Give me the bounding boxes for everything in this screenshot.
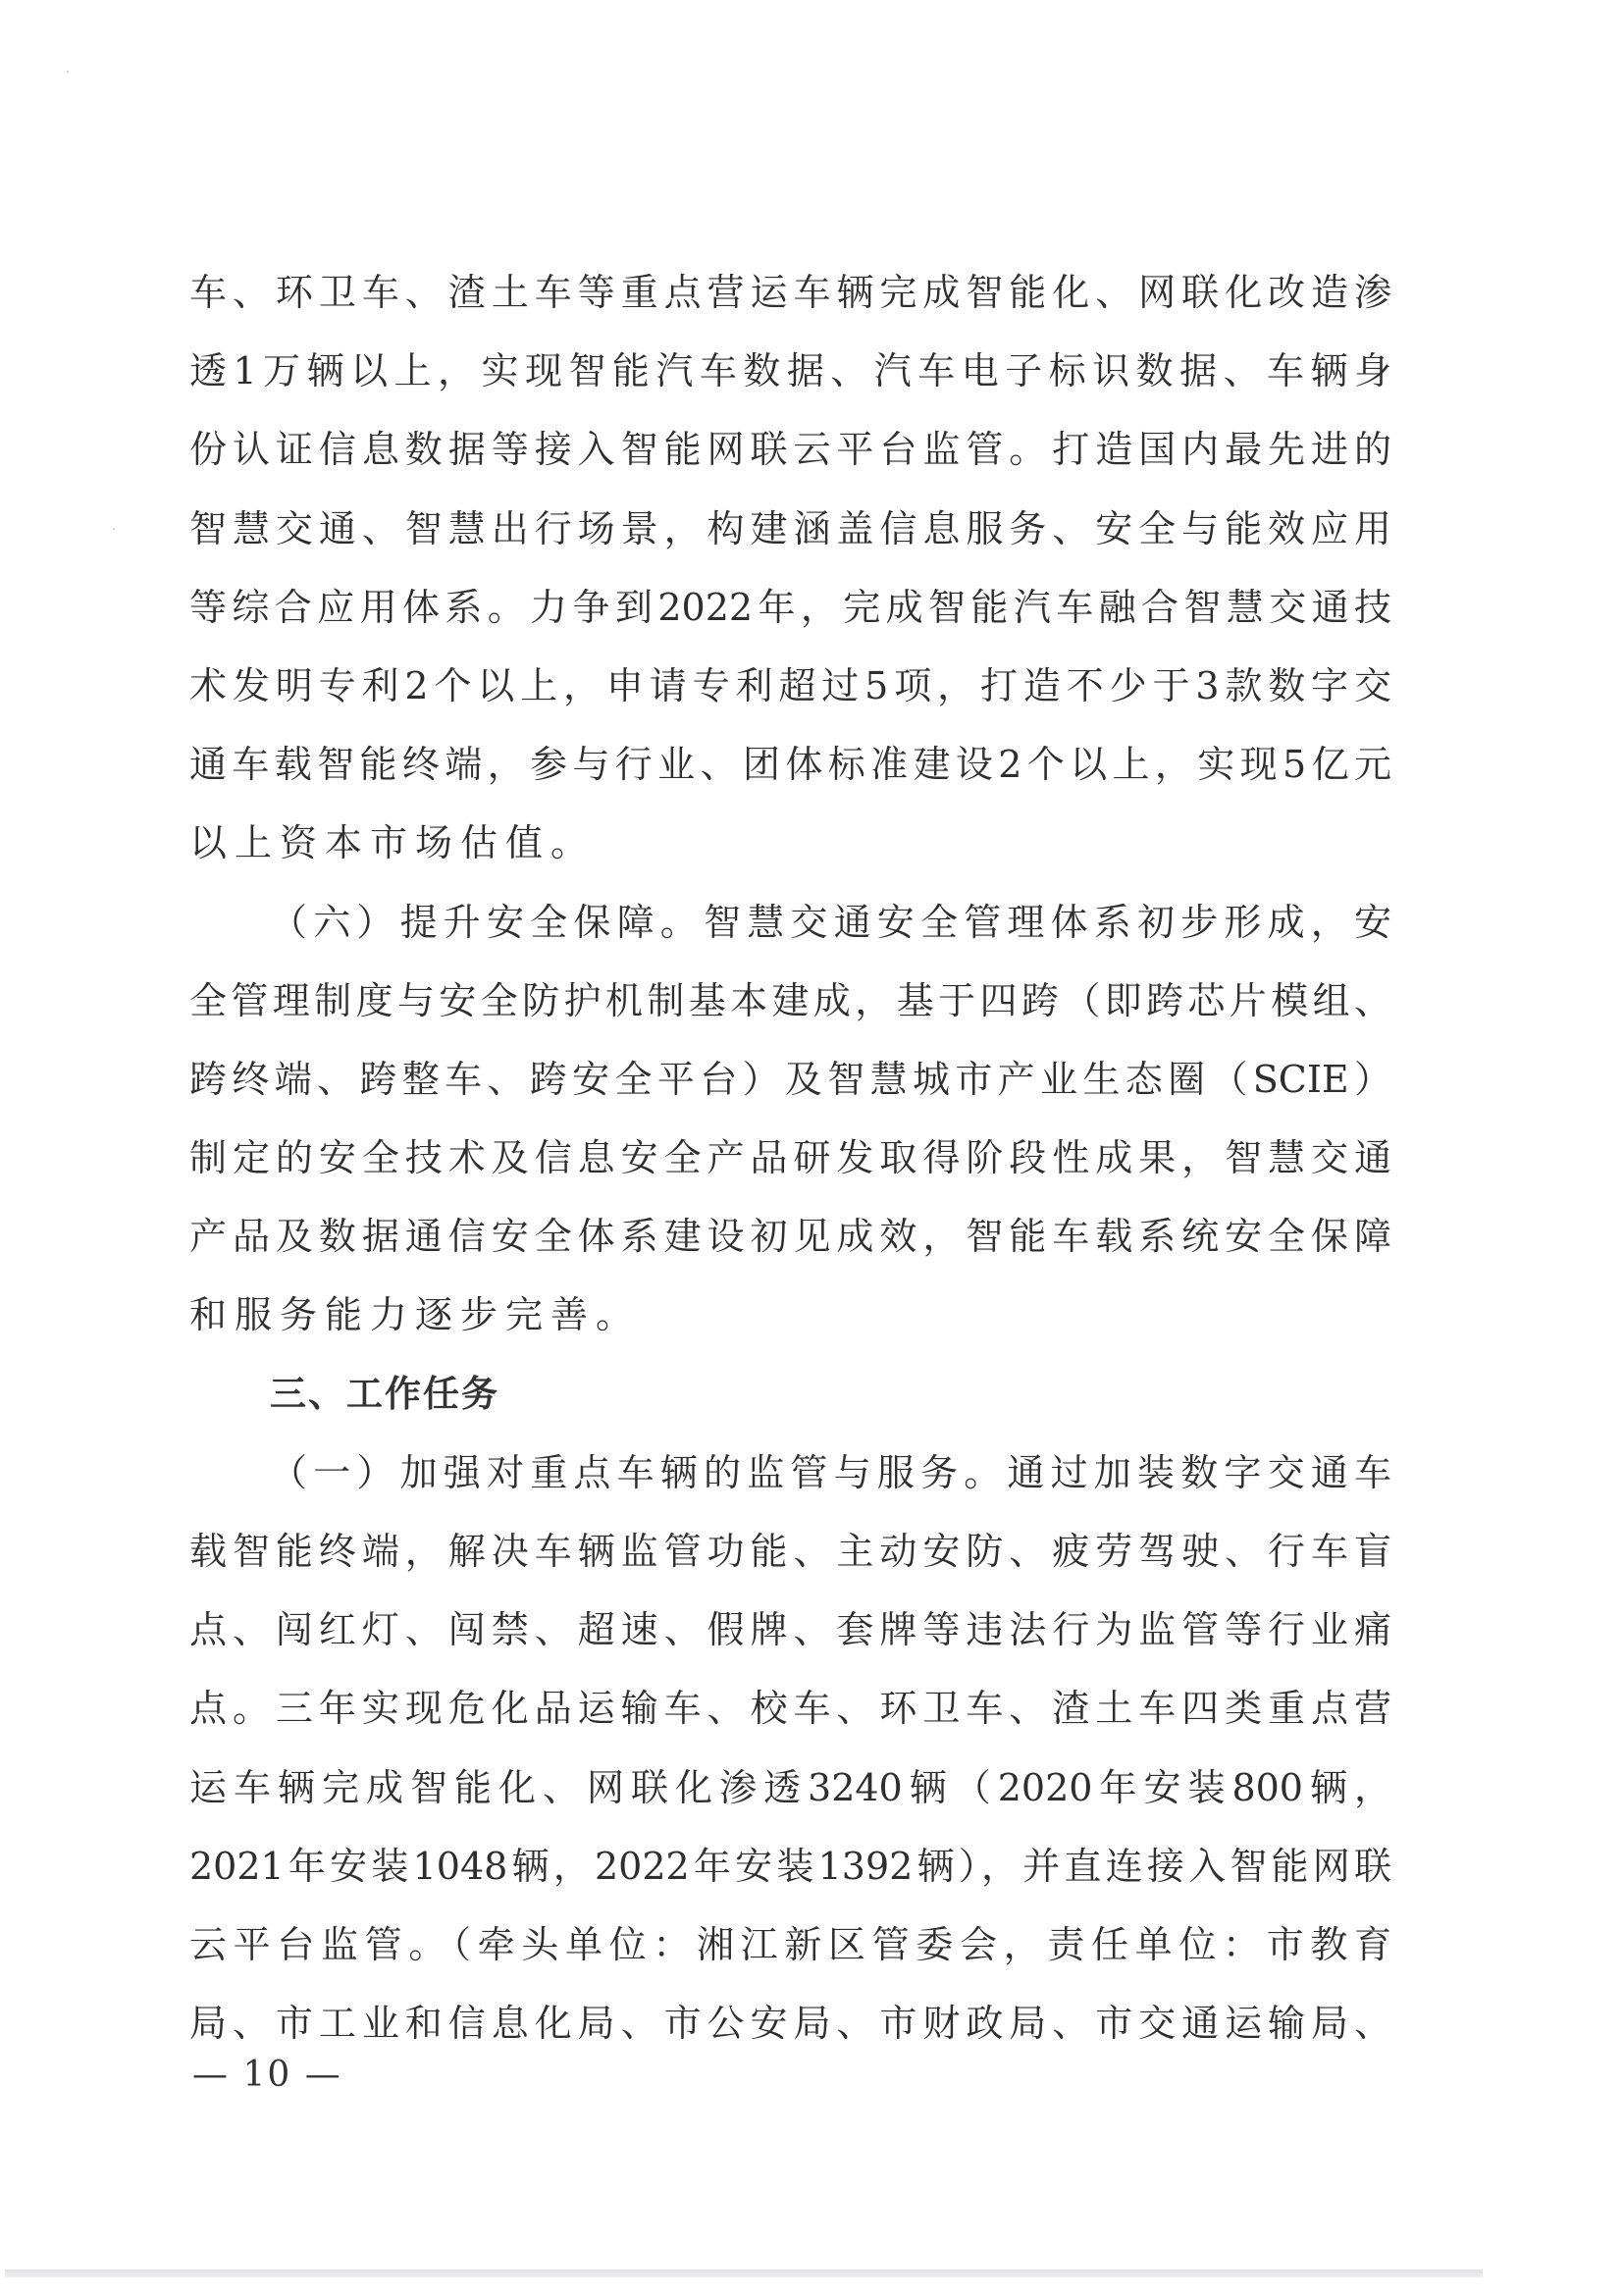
document-body: 车、环卫车、渣土车等重点营运车辆完成智能化、网联化改造渗 透1万辆以上，实现智能…: [189, 253, 1391, 2062]
scan-speck: [67, 71, 69, 73]
scan-speck: [113, 528, 115, 530]
paragraph-6-security-start: （六）提升安全保障。智慧交通安全管理体系初步形成，安: [189, 883, 1391, 962]
paragraph-line: 运车辆完成智能化、网联化渗透3240辆（2020年安装800辆，: [189, 1748, 1391, 1827]
paragraph-line: 点。三年实现危化品运输车、校车、环卫车、渣土车四类重点营: [189, 1669, 1391, 1748]
scan-edge-line: [5, 2270, 1483, 2277]
paragraph-line: 云平台监管。（牵头单位：湘江新区管委会，责任单位：市教育: [189, 1905, 1391, 1984]
paragraph-line: 智慧交通、智慧出行场景，构建涵盖信息服务、安全与能效应用: [189, 490, 1391, 568]
paragraph-1-vehicles-start: （一）加强对重点车辆的监管与服务。通过加装数字交通车: [189, 1434, 1391, 1512]
document-page: 车、环卫车、渣土车等重点营运车辆完成智能化、网联化改造渗 透1万辆以上，实现智能…: [0, 0, 1623, 2296]
paragraph-line: 等综合应用体系。力争到2022年，完成智能汽车融合智慧交通技: [189, 568, 1391, 647]
paragraph-line: 份认证信息数据等接入智能网联云平台监管。打造国内最先进的: [189, 410, 1391, 489]
page-number: — 10 —: [192, 2051, 342, 2100]
paragraph-line: 制定的安全技术及信息安全产品研发取得阶段性成果，智慧交通: [189, 1119, 1391, 1197]
paragraph-line: 2021年安装1048辆，2022年安装1392辆），并直连接入智能网联: [189, 1827, 1391, 1905]
paragraph-line: 点、闯红灯、闯禁、超速、假牌、套牌等违法行为监管等行业痛: [189, 1591, 1391, 1669]
paragraph-line: 载智能终端，解决车辆监管功能、主动安防、疲劳驾驶、行车盲: [189, 1512, 1391, 1591]
paragraph-line-end: 以上资本市场估值。: [189, 804, 1391, 882]
paragraph-line: 车、环卫车、渣土车等重点营运车辆完成智能化、网联化改造渗: [189, 253, 1391, 332]
paragraph-line-end: 和服务能力逐步完善。: [189, 1276, 1391, 1354]
paragraph-line: 通车载智能终端，参与行业、团体标准建设2个以上，实现5亿元: [189, 725, 1391, 804]
paragraph-line: 产品及数据通信安全体系建设初见成效，智能车载系统安全保障: [189, 1197, 1391, 1276]
paragraph-line: 透1万辆以上，实现智能汽车数据、汽车电子标识数据、车辆身: [189, 332, 1391, 410]
paragraph-line: 跨终端、跨整车、跨安全平台）及智慧城市产业生态圈（SCIE）: [189, 1040, 1391, 1119]
paragraph-line: 术发明专利2个以上，申请专利超过5项，打造不少于3款数字交: [189, 647, 1391, 725]
section-heading: 三、工作任务: [189, 1355, 1391, 1434]
paragraph-line: 局、市工业和信息化局、市公安局、市财政局、市交通运输局、: [189, 1984, 1391, 2062]
paragraph-line: 全管理制度与安全防护机制基本建成，基于四跨（即跨芯片模组、: [189, 962, 1391, 1040]
